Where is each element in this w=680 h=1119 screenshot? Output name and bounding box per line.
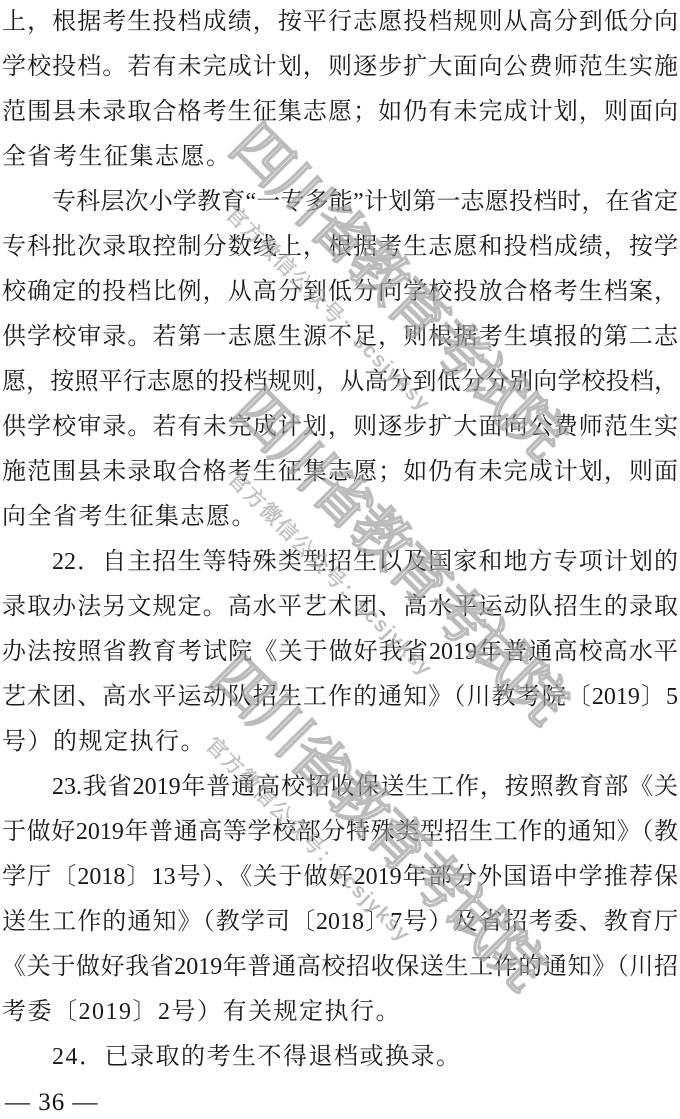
document-line: 考委〔2019〕2号）有关规定执行。 [2,990,678,1035]
document-line: 上，根据考生投档成绩，按平行志愿投档规则从高分到低分向 [2,0,678,45]
document-line: 校确定的投档比例，从高分到低分向学校投放合格考生档案， [2,270,678,315]
document-line: 23.我省2019年普通高校招收保送生工作，按照教育部《关 [2,765,678,810]
document-line: 向全省考生征集志愿。 [2,495,678,540]
document-line: 学厅〔2018〕13号）、《关于做好2019年部分外国语中学推荐保 [2,855,678,900]
document-line: 全省考生征集志愿。 [2,135,678,180]
document-line: 《关于做好我省2019年普通高校招收保送生工作的通知》（川招 [2,945,678,990]
document-line: 办法按照省教育考试院《关于做好我省2019年普通高校高水平 [2,630,678,675]
page-number: — 36 — [5,1088,99,1118]
document-line: 录取办法另文规定。高水平艺术团、高水平运动队招生的录取 [2,585,678,630]
document-line: 送生工作的通知》（教学司〔2018〕7号）及省招考委、教育厅 [2,900,678,945]
document-line: 号）的规定执行。 [2,720,678,765]
document-line: 施范围县未录取合格考生征集志愿；如仍有未完成计划，则面 [2,450,678,495]
document-line: 于做好2019年普通高等学校部分特殊类型招生工作的通知》（教 [2,810,678,855]
document-line: 专科批次录取控制分数线上，根据考生志愿和投档成绩，按学 [2,225,678,270]
document-line: 专科层次小学教育“一专多能”计划第一志愿投档时，在省定 [2,180,678,225]
document-line: 供学校审录。若第一志愿生源不足，则根据考生填报的第二志 [2,315,678,360]
document-line: 学校投档。若有未完成计划，则逐步扩大面向公费师范生实施 [2,45,678,90]
document-line: 24．已录取的考生不得退档或换录。 [2,1035,678,1080]
document-line: 供学校审录。若有未完成计划，则逐步扩大面向公费师范生实 [2,405,678,450]
document-line: 愿，按照平行志愿的投档规则，从高分到低分分别向学校投档， [2,360,678,405]
document-line: 范围县未录取合格考生征集志愿；如仍有未完成计划，则面向 [2,90,678,135]
document-line: 22．自主招生等特殊类型招生以及国家和地方专项计划的 [2,540,678,585]
document-line: 艺术团、高水平运动队招生工作的通知》（川教考院〔2019〕5 [2,675,678,720]
document-body: 上，根据考生投档成绩，按平行志愿投档规则从高分到低分向 学校投档。若有未完成计划… [0,0,680,1080]
